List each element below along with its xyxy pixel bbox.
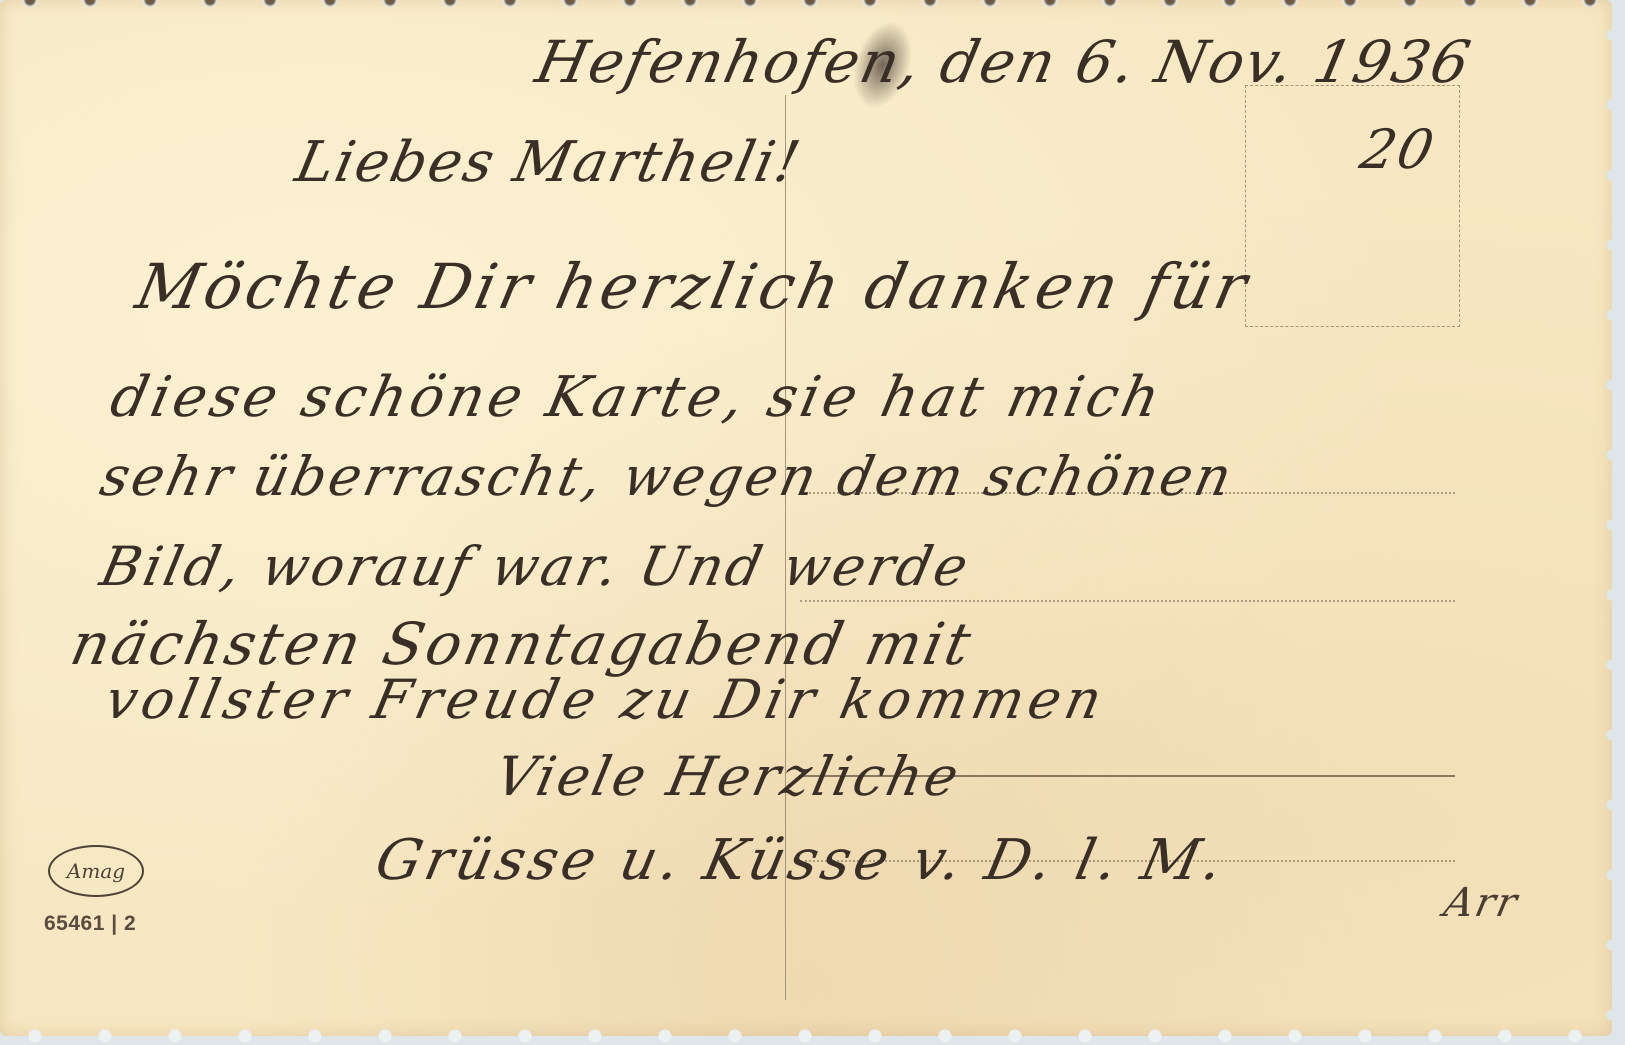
message-line: sehr überrascht, wegen dem schönen (95, 445, 1240, 508)
publisher-logo: Amag (48, 845, 144, 897)
postcard: Hefenhofen, den 6. Nov. 1936 Liebes Mart… (0, 0, 1612, 1036)
deckled-edge-top (0, 0, 1612, 7)
deckled-edge-right (1606, 0, 1618, 1036)
place-date: Hefenhofen, den 6. Nov. 1936 (530, 28, 1478, 96)
message-line: diese schöne Karte, sie hat mich (105, 365, 1169, 430)
deckled-edge-bottom (0, 1029, 1612, 1043)
message-line: vollster Freude zu Dir kommen (100, 668, 1112, 731)
stamp-box-note: 20 (1355, 118, 1441, 181)
card-number: 65461 | 2 (44, 912, 136, 936)
publisher-logo-text: Amag (67, 859, 125, 883)
corner-note: Arr (1440, 880, 1523, 926)
signature-line: Grüsse u. Küsse v. D. l. M. (370, 828, 1232, 893)
greeting: Liebes Martheli! (290, 130, 807, 195)
message-line: Möchte Dir herzlich danken für (130, 250, 1257, 323)
closing-line: Viele Herzliche (490, 745, 967, 808)
message-line: Bild, worauf war. Und werde (95, 535, 976, 598)
address-line-2 (800, 600, 1455, 602)
